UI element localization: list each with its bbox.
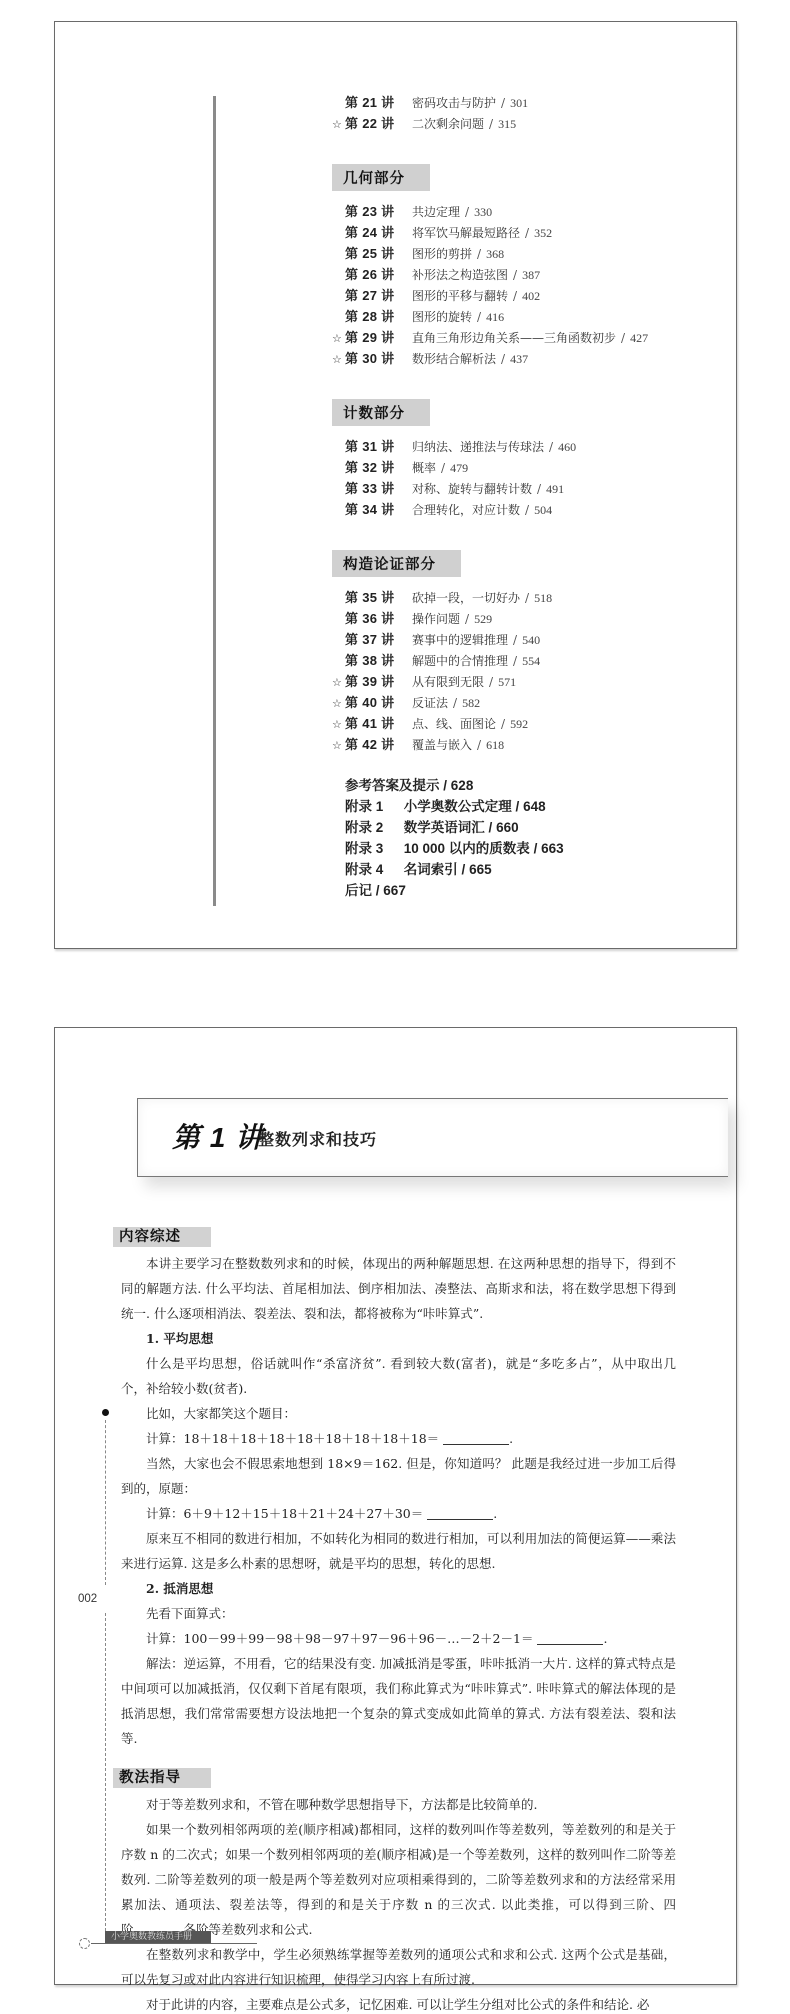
- equation: 计算：100－99＋99－98＋98－97＋97－96＋96－…－2＋2－1＝: [146, 1631, 533, 1646]
- toc-entry[interactable]: 第 26 讲补形法之构造弦图/387: [345, 264, 725, 285]
- lecture-number: 第 22 讲: [345, 113, 412, 134]
- separator: /: [534, 841, 538, 856]
- calculation-problem: 计算：6＋9＋12＋15＋18＋21＋24＋27＋30＝.: [121, 1501, 676, 1526]
- appendix-label: 附录 4: [345, 859, 400, 880]
- page-ref: 491: [546, 479, 564, 500]
- lecture-title: 赛事中的逻辑推理: [412, 630, 508, 651]
- appendix-entry[interactable]: 附录 4 名词索引 / 665: [345, 859, 725, 880]
- separator: /: [477, 735, 481, 756]
- toc-entry[interactable]: 第 36 讲操作问题/529: [345, 608, 725, 629]
- lecture-title: 图形的旋转: [412, 307, 472, 328]
- page-ref: 667: [383, 883, 406, 898]
- footer-book-title: 小学奥数教练员手册: [105, 1931, 211, 1943]
- page-ref: 504: [534, 500, 552, 521]
- page-ref: 529: [474, 609, 492, 630]
- separator: /: [489, 672, 493, 693]
- lecture-title: 密码攻击与防护: [412, 93, 496, 114]
- lecture-number: 第 36 讲: [345, 608, 412, 629]
- appendix-title: 小学奥数公式定理: [404, 799, 512, 814]
- paragraph: 比如，大家都笑这个题目：: [121, 1401, 676, 1426]
- lecture-number: 第 41 讲: [345, 713, 412, 734]
- timeline-dot-icon: [102, 1409, 109, 1416]
- page-ref: 571: [498, 672, 516, 693]
- paragraph: 什么是平均思想，俗话就叫作“杀富济贫”. 看到较大数(富者)，就是“多吃多占”，…: [121, 1351, 676, 1401]
- section-geometry-list: 第 23 讲共边定理/330 第 24 讲将军饮马解最短路径/352 第 25 …: [345, 201, 725, 369]
- page-ref: 592: [510, 714, 528, 735]
- page-ref: 402: [522, 286, 540, 307]
- page-ref: 301: [510, 93, 528, 114]
- lecture-title: 点、线、面图论: [412, 714, 496, 735]
- star-icon: ☆: [332, 114, 345, 135]
- separator: /: [443, 778, 447, 793]
- chapter-number: 第 1 讲: [172, 1116, 264, 1156]
- appendix-entry-answers[interactable]: 参考答案及提示 / 628: [345, 775, 725, 796]
- calculation-problem: 计算：18＋18＋18＋18＋18＋18＋18＋18＋18＝.: [121, 1426, 676, 1451]
- page-ref: 315: [498, 114, 516, 135]
- appendix-title: 参考答案及提示: [345, 778, 440, 793]
- page-ref: 427: [630, 328, 648, 349]
- page-ref: 660: [496, 820, 519, 835]
- separator: /: [513, 286, 517, 307]
- page-ref: 663: [541, 841, 564, 856]
- toc-entry[interactable]: ☆第 40 讲反证法/582: [345, 692, 725, 713]
- subheading-cancellation: 2. 抵消思想: [121, 1576, 676, 1601]
- section-heading-construction-proof: 构造论证部分: [332, 550, 461, 577]
- period: .: [603, 1631, 607, 1646]
- appendix-entry[interactable]: 附录 1 小学奥数公式定理 / 648: [345, 796, 725, 817]
- page-number: 002: [78, 1593, 97, 1605]
- lecture-number: 第 33 讲: [345, 478, 412, 499]
- appendix-title: 10 000 以内的质数表: [404, 841, 530, 856]
- star-icon: ☆: [332, 693, 345, 714]
- calculation-problem: 计算：100－99＋99－98＋98－97＋97－96＋96－…－2＋2－1＝.: [121, 1626, 676, 1651]
- separator: /: [477, 244, 481, 265]
- period: .: [493, 1506, 497, 1521]
- lecture-number: 第 37 讲: [345, 629, 412, 650]
- lecture-number: 第 23 讲: [345, 201, 412, 222]
- page-ref: 368: [486, 244, 504, 265]
- period: .: [509, 1431, 513, 1446]
- vertical-rule: [213, 96, 216, 906]
- separator: /: [501, 349, 505, 370]
- answer-blank: [537, 1630, 603, 1645]
- answer-blank: [427, 1505, 493, 1520]
- paragraph: 对于此讲的内容，主要难点是公式多，记忆困难. 可以让学生分组对比公式的条件和结论…: [121, 1992, 676, 2014]
- star-icon: ☆: [332, 672, 345, 693]
- appendix-label: 附录 1: [345, 796, 400, 817]
- page-ref: 479: [450, 458, 468, 479]
- lecture-title: 概率: [412, 458, 436, 479]
- lecture-number: 第 31 讲: [345, 436, 412, 457]
- separator: /: [462, 862, 466, 877]
- lecture-number: 第 32 讲: [345, 457, 412, 478]
- page-ref: 330: [474, 202, 492, 223]
- lecture-number: 第 25 讲: [345, 243, 412, 264]
- toc-entry[interactable]: 第 38 讲解题中的合情推理/554: [345, 650, 725, 671]
- lecture-title: 归纳法、递推法与传球法: [412, 437, 544, 458]
- answer-blank: [443, 1430, 509, 1445]
- appendix-label: 附录 2: [345, 817, 400, 838]
- toc-entry[interactable]: ☆第 42 讲覆盖与嵌入/618: [345, 734, 725, 755]
- lecture-title: 解题中的合情推理: [412, 651, 508, 672]
- toc-entry[interactable]: 第 35 讲砍掉一段，一切好办/518: [345, 587, 725, 608]
- separator: /: [376, 883, 380, 898]
- toc-entry[interactable]: 第 27 讲图形的平移与翻转/402: [345, 285, 725, 306]
- section-heading-overview: 内容综述: [113, 1227, 211, 1247]
- paragraph: 对于等差数列求和，不管在哪种数学思想指导下，方法都是比较简单的.: [121, 1792, 676, 1817]
- lecture-number: 第 34 讲: [345, 499, 412, 520]
- lecture-number: 第 24 讲: [345, 222, 412, 243]
- table-of-contents: 第 21 讲 密码攻击与防护 / 301 ☆ 第 22 讲 二次剩余问题 / 3…: [345, 92, 725, 901]
- page-ref: 540: [522, 630, 540, 651]
- lecture-number: 第 40 讲: [345, 692, 412, 713]
- appendix-title: 后记: [345, 883, 372, 898]
- paragraph: 当然，大家也会不假思索地想到 18×9＝162. 但是，你知道吗？ 此题是我经过…: [121, 1451, 676, 1501]
- toc-entry[interactable]: 第 25 讲图形的剪拼/368: [345, 243, 725, 264]
- paragraph: 在整数列求和教学中，学生必须熟练掌握等差数列的通项公式和求和公式. 这两个公式是…: [121, 1942, 676, 1992]
- toc-entry[interactable]: 第 34 讲合理转化，对应计数/504: [345, 499, 725, 520]
- appendix-entry[interactable]: 附录 3 10 000 以内的质数表 / 663: [345, 838, 725, 859]
- separator: /: [513, 630, 517, 651]
- separator: /: [549, 437, 553, 458]
- lecture-number: 第 35 讲: [345, 587, 412, 608]
- paragraph: 解法：逆运算，不用看，它的结果没有变. 加减抵消是零蛋，咔咔抵消一大片. 这样的…: [121, 1651, 676, 1751]
- paragraph: 本讲主要学习在整数数列求和的时候，体现出的两种解题思想. 在这两种思想的指导下，…: [121, 1251, 676, 1326]
- lecture-number: 第 39 讲: [345, 671, 412, 692]
- separator: /: [516, 799, 520, 814]
- appendix-label: 附录 3: [345, 838, 400, 859]
- page-ref: 665: [469, 862, 492, 877]
- separator: /: [453, 693, 457, 714]
- lecture-number: 第 21 讲: [345, 92, 412, 113]
- footer-rule: [91, 1943, 257, 1944]
- page-ref: 352: [534, 223, 552, 244]
- appendix-entry-afterword[interactable]: 后记 / 667: [345, 880, 725, 901]
- margin-dashed-line: [105, 1420, 106, 1585]
- lecture-title: 覆盖与嵌入: [412, 735, 472, 756]
- lecture-title: 操作问题: [412, 609, 460, 630]
- section-counting-list: 第 31 讲归纳法、递推法与传球法/460 第 32 讲概率/479 第 33 …: [345, 436, 725, 520]
- lecture-title: 直角三角形边角关系——三角函数初步: [412, 328, 616, 349]
- section-heading-geometry: 几何部分: [332, 164, 430, 191]
- separator: /: [441, 458, 445, 479]
- chapter-header: 第 1 讲 整数列求和技巧: [137, 1098, 728, 1177]
- separator: /: [465, 609, 469, 630]
- toc-entry[interactable]: ☆第 41 讲点、线、面图论/592: [345, 713, 725, 734]
- star-icon: ☆: [332, 735, 345, 756]
- page-ref: 628: [451, 778, 474, 793]
- separator: /: [513, 651, 517, 672]
- separator: /: [621, 328, 625, 349]
- page-ref: 648: [523, 799, 546, 814]
- ring-icon: [79, 1938, 90, 1949]
- lecture-title: 共边定理: [412, 202, 460, 223]
- lecture-number: 第 26 讲: [345, 264, 412, 285]
- paragraph: 如果一个数列相邻两项的差(顺序相减)都相同，这样的数列叫作等差数列，等差数列的和…: [121, 1817, 676, 1942]
- separator: /: [465, 202, 469, 223]
- separator: /: [477, 307, 481, 328]
- section-heading-teaching-guide: 教法指导: [113, 1768, 211, 1788]
- paragraph: 原来互不相同的数进行相加，不如转化为相同的数进行相加，可以利用加法的简便运算——…: [121, 1526, 676, 1576]
- chapter-body: 内容综述 本讲主要学习在整数数列求和的时候，体现出的两种解题思想. 在这两种思想…: [121, 1224, 676, 2014]
- lecture-title: 砍掉一段，一切好办: [412, 588, 520, 609]
- toc-entry[interactable]: ☆ 第 22 讲 二次剩余问题 / 315: [345, 113, 725, 134]
- toc-entry[interactable]: 第 33 讲对称、旋转与翻转计数/491: [345, 478, 725, 499]
- lecture-number: 第 29 讲: [345, 327, 412, 348]
- lecture-title: 补形法之构造弦图: [412, 265, 508, 286]
- section-construction-list: 第 35 讲砍掉一段，一切好办/518 第 36 讲操作问题/529 第 37 …: [345, 587, 725, 755]
- toc-entry[interactable]: 第 28 讲图形的旋转/416: [345, 306, 725, 327]
- separator: /: [525, 588, 529, 609]
- margin-dashed-line: [105, 1613, 106, 1936]
- chapter-page: 第 1 讲 整数列求和技巧 002 内容综述 本讲主要学习在整数数列求和的时候，…: [54, 1027, 737, 1985]
- page-ref: 437: [510, 349, 528, 370]
- page-ref: 460: [558, 437, 576, 458]
- toc-entry[interactable]: 第 24 讲将军饮马解最短路径/352: [345, 222, 725, 243]
- paragraph: 先看下面算式：: [121, 1601, 676, 1626]
- star-icon: ☆: [332, 328, 345, 349]
- lecture-number: 第 27 讲: [345, 285, 412, 306]
- toc-entry[interactable]: 第 31 讲归纳法、递推法与传球法/460: [345, 436, 725, 457]
- toc-entry[interactable]: 第 23 讲共边定理/330: [345, 201, 725, 222]
- equation: 计算：18＋18＋18＋18＋18＋18＋18＋18＋18＝: [146, 1431, 439, 1446]
- lecture-number: 第 30 讲: [345, 348, 412, 369]
- separator: /: [537, 479, 541, 500]
- page-ref: 582: [462, 693, 480, 714]
- lecture-number: 第 38 讲: [345, 650, 412, 671]
- lecture-title: 对称、旋转与翻转计数: [412, 479, 532, 500]
- separator: /: [501, 93, 505, 114]
- subheading-average: 1. 平均思想: [121, 1326, 676, 1351]
- chapter-title: 整数列求和技巧: [258, 1127, 377, 1150]
- page-ref: 618: [486, 735, 504, 756]
- separator: /: [525, 223, 529, 244]
- appendix-entry[interactable]: 附录 2 数学英语词汇 / 660: [345, 817, 725, 838]
- equation: 计算：6＋9＋12＋15＋18＋21＋24＋27＋30＝: [146, 1506, 423, 1521]
- lecture-title: 数形结合解析法: [412, 349, 496, 370]
- appendix-title: 数学英语词汇: [404, 820, 485, 835]
- toc-entry[interactable]: 第 32 讲概率/479: [345, 457, 725, 478]
- lecture-number: 第 28 讲: [345, 306, 412, 327]
- separator: /: [489, 820, 493, 835]
- page-ref: 518: [534, 588, 552, 609]
- toc-entry[interactable]: 第 21 讲 密码攻击与防护 / 301: [345, 92, 725, 113]
- separator: /: [525, 500, 529, 521]
- toc-entry[interactable]: ☆第 29 讲直角三角形边角关系——三角函数初步/427: [345, 327, 725, 348]
- lecture-title: 从有限到无限: [412, 672, 484, 693]
- lecture-title: 图形的剪拼: [412, 244, 472, 265]
- star-icon: ☆: [332, 349, 345, 370]
- appendix-list: 参考答案及提示 / 628 附录 1 小学奥数公式定理 / 648 附录 2 数…: [345, 775, 725, 901]
- separator: /: [501, 714, 505, 735]
- toc-entry[interactable]: 第 37 讲赛事中的逻辑推理/540: [345, 629, 725, 650]
- lecture-title: 合理转化，对应计数: [412, 500, 520, 521]
- separator: /: [489, 114, 493, 135]
- page-ref: 554: [522, 651, 540, 672]
- star-icon: ☆: [332, 714, 345, 735]
- lecture-title: 二次剩余问题: [412, 114, 484, 135]
- page-ref: 387: [522, 265, 540, 286]
- lecture-title: 反证法: [412, 693, 448, 714]
- lecture-title: 图形的平移与翻转: [412, 286, 508, 307]
- toc-entry[interactable]: ☆第 39 讲从有限到无限/571: [345, 671, 725, 692]
- page-ref: 416: [486, 307, 504, 328]
- separator: /: [513, 265, 517, 286]
- section-heading-counting: 计数部分: [332, 399, 430, 426]
- appendix-title: 名词索引: [404, 862, 458, 877]
- lecture-title: 将军饮马解最短路径: [412, 223, 520, 244]
- toc-entry[interactable]: ☆第 30 讲数形结合解析法/437: [345, 348, 725, 369]
- lecture-number: 第 42 讲: [345, 734, 412, 755]
- toc-page: 第 21 讲 密码攻击与防护 / 301 ☆ 第 22 讲 二次剩余问题 / 3…: [54, 21, 737, 949]
